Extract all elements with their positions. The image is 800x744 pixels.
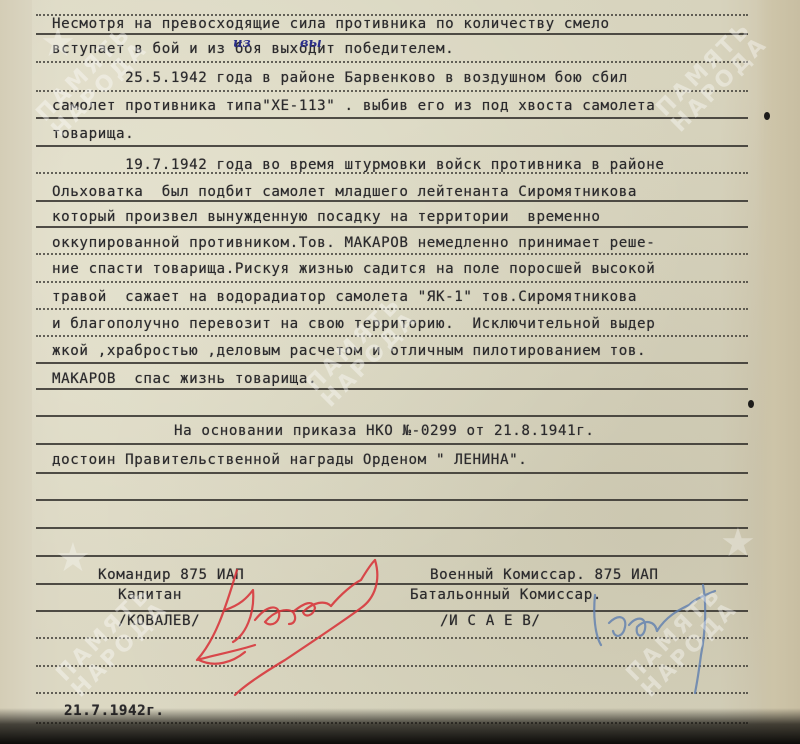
ruled-line (36, 117, 748, 119)
ruled-line (36, 388, 748, 390)
narrative-line: Несмотря на превосходящие сила противник… (52, 16, 610, 32)
narrative-line: Ольховатка был подбит самолет младшего л… (52, 184, 637, 200)
watermark-star-icon: ★ (40, 20, 76, 66)
narrative-line: который произвел вынужденную посадку на … (52, 209, 601, 225)
page-right-margin (756, 0, 800, 744)
ruled-line (36, 362, 748, 364)
ruled-line (36, 415, 748, 417)
ruled-line (36, 527, 748, 529)
commissar-rank: Батальонный Комиссар. (410, 587, 602, 603)
narrative-line: самолет противника типа"ХЕ-113" . выбив … (52, 98, 655, 114)
ink-blot (748, 400, 754, 408)
watermark-star-icon: ★ (720, 520, 756, 566)
ruled-line (36, 33, 748, 35)
ink-blot (764, 112, 770, 120)
ruled-line (36, 253, 748, 255)
ink-correction: из (233, 36, 251, 51)
ruled-line (36, 200, 748, 202)
page-left-margin (0, 0, 32, 744)
watermark: ПАМЯТЬ НАРОДА (53, 582, 172, 701)
order-reference: На основании приказа НКО №-0299 от 21.8.… (174, 423, 595, 439)
narrative-line: МАКАРОВ спас жизнь товарища. (52, 371, 317, 387)
narrative-line: 25.5.1942 года в районе Барвенково в воз… (52, 70, 628, 86)
narrative-line: травой сажает на водорадиатор самолета "… (52, 289, 637, 305)
ruled-line (36, 472, 748, 474)
ink-correction: вы (300, 36, 322, 51)
commander-signature (185, 550, 405, 700)
ruled-line (36, 281, 748, 283)
ruled-line (36, 443, 748, 445)
award-recommendation: достоин Правительственной награды Ордено… (52, 452, 527, 468)
ruled-line (36, 226, 748, 228)
commissar-name: /И С А Е В/ (440, 613, 541, 629)
watermark-star-icon: ★ (55, 535, 91, 581)
document-scan: Несмотря на превосходящие сила противник… (0, 0, 800, 744)
narrative-line: оккупированной противником.Тов. МАКАРОВ … (52, 235, 655, 251)
ruled-line (36, 90, 748, 92)
scan-bottom-shadow (0, 708, 800, 744)
narrative-line: 19.7.1942 года во время штурмовки войск … (52, 157, 665, 173)
narrative-line: ние спасти товарища.Рискуя жизнью садитс… (52, 261, 655, 277)
ruled-line (36, 499, 748, 501)
ruled-line (36, 145, 748, 147)
